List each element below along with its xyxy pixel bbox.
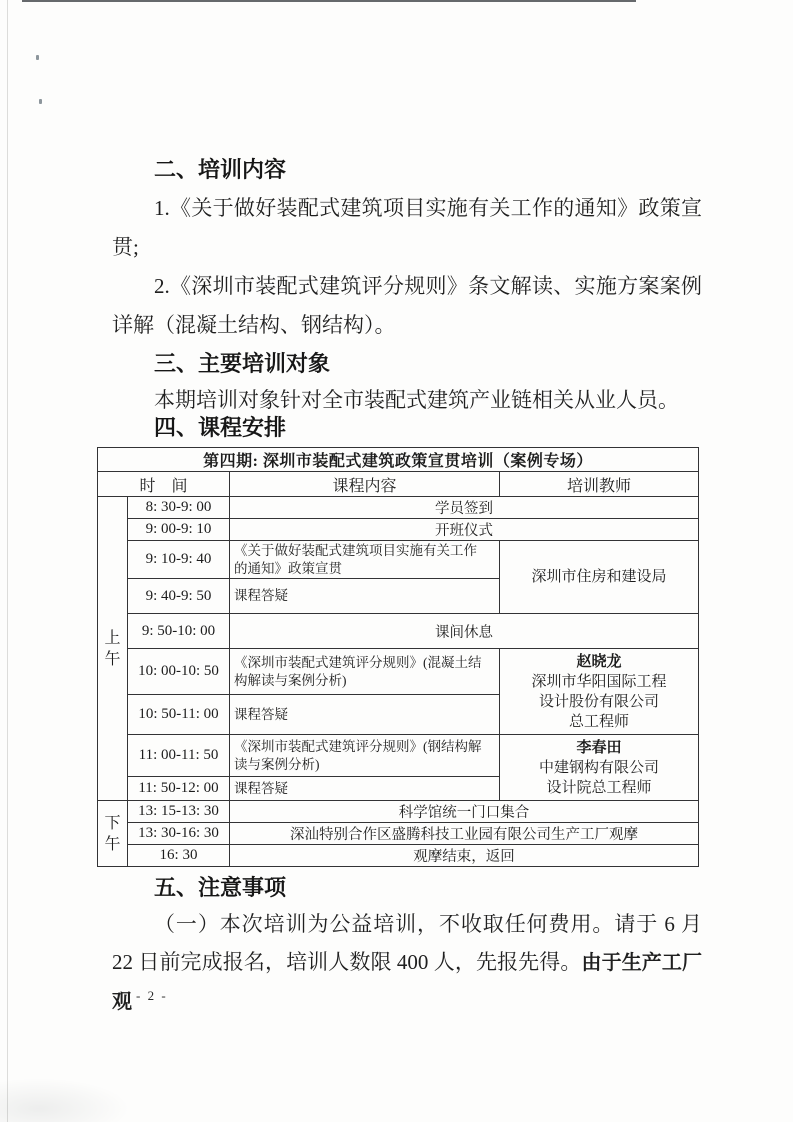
table-row: 9: 00-9: 10 开班仪式 [98,519,699,541]
content-cell: 《深圳市装配式建筑评分规则》(混凝土结 构解读与案例分析) [230,649,500,695]
page-number: - 2 - [136,988,168,1004]
scan-speck [36,55,39,60]
paragraph-scoring-rules: 2.《深圳市装配式建筑评分规则》条文解读、实施方案案例详解（混凝土结构、钢结构）… [112,267,702,345]
teacher-name: 赵晓龙 [504,652,694,672]
content-cell: 开班仪式 [230,519,699,541]
content-cell: 课程答疑 [230,579,500,614]
table-row: 9: 50-10: 00 课间休息 [98,614,699,649]
header-time: 时 间 [98,472,230,497]
scan-speck [39,99,42,104]
teacher-organization: 中建钢构有限公司 设计院总工程师 [504,758,694,798]
time-cell: 11: 50-12: 00 [128,777,230,801]
section-heading-course-schedule: 四、课程安排 [154,416,286,440]
content-cell: 深汕特别合作区盛腾科技工业园有限公司生产工厂观摩 [230,823,699,845]
content-cell: 观摩结束，返回 [230,845,699,867]
teacher-name: 李春田 [504,738,694,758]
table-row: 9: 10-9: 40 《关于做好装配式建筑项目实施有关工作 的通知》政策宣贯 … [98,541,699,579]
section-heading-training-content: 二、培训内容 [154,158,286,182]
time-cell: 9: 00-9: 10 [128,519,230,541]
time-cell: 13: 15-13: 30 [128,801,230,823]
section-heading-training-target: 三、主要培训对象 [154,352,330,376]
content-cell: 课程答疑 [230,695,500,735]
scan-smudge [0,1078,130,1122]
teacher-cell: 李春田 中建钢构有限公司 设计院总工程师 [500,735,699,801]
content-cell: 科学馆统一门口集合 [230,801,699,823]
time-cell: 10: 00-10: 50 [128,649,230,695]
paragraph-notes: （一）本次培训为公益培训，不收取任何费用。请于 6 月 22 日前完成报名，培训… [112,905,702,1021]
table-row: 10: 00-10: 50 《深圳市装配式建筑评分规则》(混凝土结 构解读与案例… [98,649,699,695]
period-morning: 上 午 [98,497,128,801]
header-teacher: 培训教师 [500,472,699,497]
table-row: 下 午 13: 15-13: 30 科学馆统一门口集合 [98,801,699,823]
teacher-cell: 赵晓龙 深圳市华阳国际工程 设计股份有限公司 总工程师 [500,649,699,735]
content-cell: 课程答疑 [230,777,500,801]
time-cell: 13: 30-16: 30 [128,823,230,845]
content-cell: 学员签到 [230,497,699,519]
time-cell: 8: 30-9: 00 [128,497,230,519]
header-content: 课程内容 [230,472,500,497]
table-row: 13: 30-16: 30 深汕特别合作区盛腾科技工业园有限公司生产工厂观摩 [98,823,699,845]
time-cell: 9: 50-10: 00 [128,614,230,649]
content-cell: 《关于做好装配式建筑项目实施有关工作 的通知》政策宣贯 [230,541,500,579]
time-cell: 9: 10-9: 40 [128,541,230,579]
scan-edge-artifact [22,0,636,2]
scanned-document-page: 二、培训内容 1.《关于做好装配式建筑项目实施有关工作的通知》政策宣贯; 2.《… [0,0,793,1122]
table-row: 16: 30 观摩结束，返回 [98,845,699,867]
table-title: 第四期: 深圳市装配式建筑政策宣贯培训（案例专场） [98,448,699,472]
paragraph-policy-notice: 1.《关于做好装配式建筑项目实施有关工作的通知》政策宣贯; [112,189,702,267]
period-afternoon: 下 午 [98,801,128,867]
course-schedule-table: 第四期: 深圳市装配式建筑政策宣贯培训（案例专场） 时 间 课程内容 培训教师 … [97,447,699,867]
teacher-organization: 深圳市华阳国际工程 设计股份有限公司 总工程师 [504,672,694,732]
time-cell: 9: 40-9: 50 [128,579,230,614]
table-row: 11: 00-11: 50 《深圳市装配式建筑评分规则》(钢结构解 读与案例分析… [98,735,699,777]
time-cell: 10: 50-11: 00 [128,695,230,735]
content-cell: 课间休息 [230,614,699,649]
table-row: 上 午 8: 30-9: 00 学员签到 [98,497,699,519]
time-cell: 16: 30 [128,845,230,867]
table-header-row: 时 间 课程内容 培训教师 [98,472,699,497]
section-heading-notes: 五、注意事项 [154,876,286,900]
table-title-row: 第四期: 深圳市装配式建筑政策宣贯培训（案例专场） [98,448,699,472]
time-cell: 11: 00-11: 50 [128,735,230,777]
scan-edge-artifact-left [7,0,8,1122]
content-cell: 《深圳市装配式建筑评分规则》(钢结构解 读与案例分析) [230,735,500,777]
teacher-cell: 深圳市住房和建设局 [500,541,699,614]
